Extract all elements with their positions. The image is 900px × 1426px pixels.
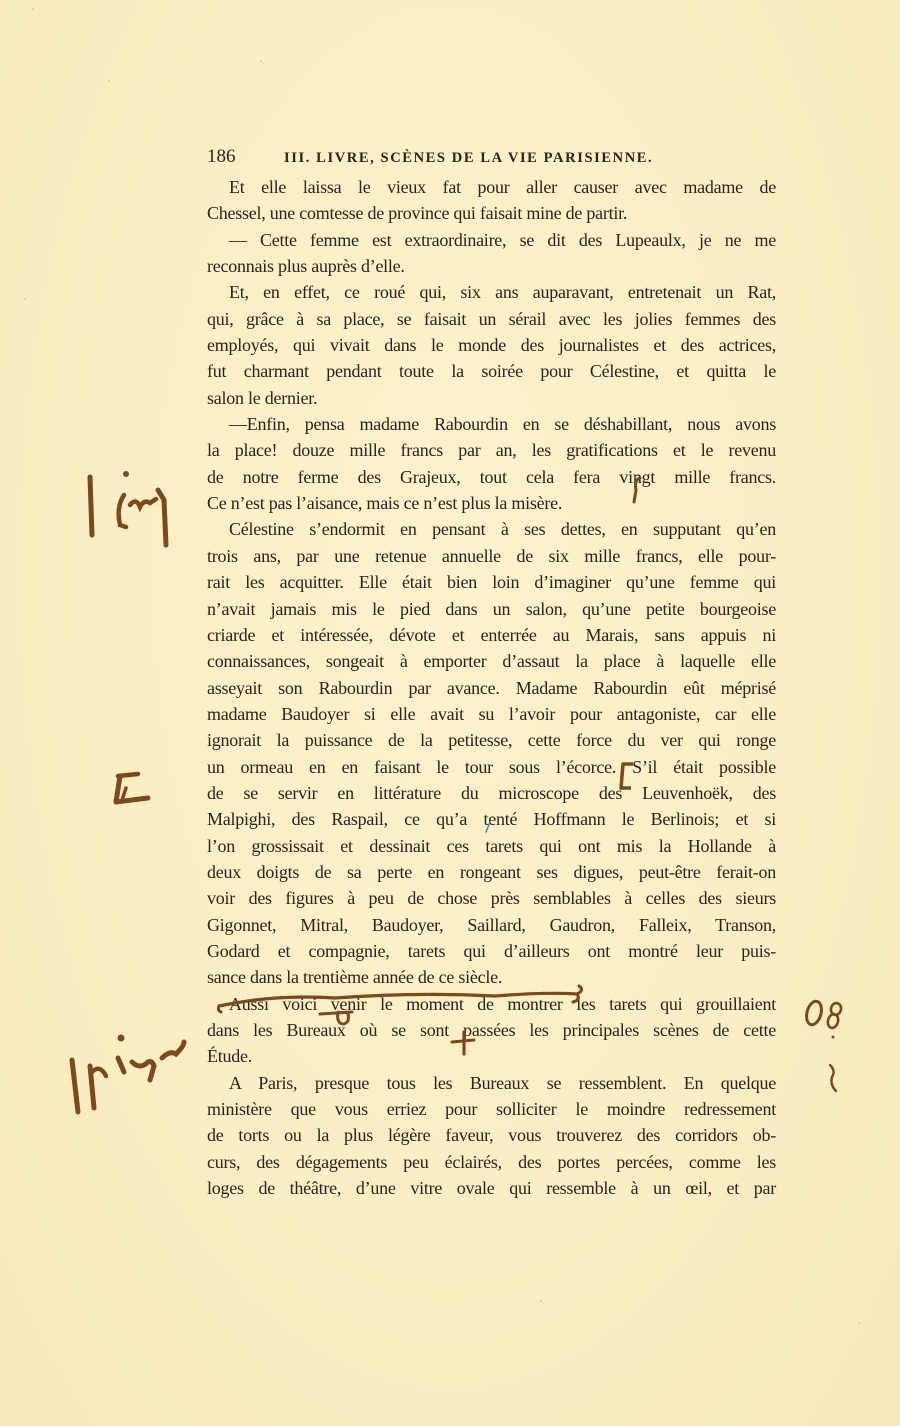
margin-annotation-insert-space-icon [82,465,192,555]
deletion-mark-icon [450,1028,480,1058]
text-line: rait les acquitter. Elle était bien loin… [207,569,776,595]
text-line: trois ans, par une retenue annuelle de s… [207,543,776,569]
text-line: Chessel, une comtesse de province qui fa… [207,200,776,226]
paragraph-bracket-mark-icon [617,762,637,790]
text-line: A Paris, presque tous les Bureaux se res… [207,1070,776,1096]
text-line: curs, des dégagements peu éclairés, des … [207,1149,776,1175]
text-line: deux doigts de sa perte en rongeant ses … [207,859,776,885]
paper-speck [260,60,262,62]
text-line: Godard et compagnie, tarets qui d’ailleu… [207,938,776,964]
text-line: Gigonnet, Mitral, Baudoyer, Saillard, Ga… [207,912,776,938]
text-line: n’avait jamais mis le pied dans un salon… [207,596,776,622]
margin-annotation-number-icon [800,995,850,1095]
paper-speck [540,1300,542,1302]
text-line: de se servir en littérature du microscop… [207,780,776,806]
text-line: criarde et intéressée, dévote et enterré… [207,622,776,648]
accent-mark-icon [480,820,494,836]
text-line: fut charmant pendant toute la soirée pou… [207,358,776,384]
text-line: Ce n’est pas l’aisance, mais ce n’est pl… [207,490,776,516]
text-line: de torts ou la plus légère faveur, vous … [207,1122,776,1148]
text-line: employés, qui vivait dans le monde des j… [207,332,776,358]
text-line: Et elle laissa le vieux fat pour aller c… [207,174,776,200]
paper-speck [108,80,110,82]
paper-speck [858,1322,860,1324]
text-line: salon le dernier. [207,385,776,411]
text-line: ignorait la puissance de la petitesse, c… [207,727,776,753]
deletion-mark-icon [318,1002,358,1032]
text-line: —Enfin, pensa madame Rabourdin en se dés… [207,411,776,437]
book-page: 186 III. LIVRE, SCÈNES DE LA VIE PARISIE… [0,0,900,1426]
running-head: 186 III. LIVRE, SCÈNES DE LA VIE PARISIE… [207,144,777,170]
run-on-line-mark-icon [215,984,595,1024]
text-line: Célestine s’endormit en pensant à ses de… [207,516,776,542]
text-line: — Cette femme est extraordinaire, se dit… [207,227,776,253]
margin-annotation-correction-icon [66,1030,191,1120]
text-line: Et, en effet, ce roué qui, six ans aupar… [207,279,776,305]
paper-speck [24,298,26,300]
paper-speck [32,8,34,10]
text-line: l’on grossissait et dessinait ces tarets… [207,833,776,859]
text-line: ministère que vous erriez pour sollicite… [207,1096,776,1122]
text-line: loges de théâtre, d’une vitre ovale qui … [207,1175,776,1201]
text-line: voir des figures à peu de chose près sem… [207,885,776,911]
text-line: Étude. [207,1043,776,1069]
text-line: connaissances, songeait à emporter d’ass… [207,648,776,674]
text-line: de notre ferme des Grajeux, tout cela fe… [207,464,776,490]
body-text: Et elle laissa le vieux fat pour aller c… [207,174,776,1201]
page-number: 186 [207,144,236,170]
margin-annotation-new-paragraph-icon [110,770,160,810]
text-line: un ormeau en en faisant le tour sous l’é… [207,754,776,780]
text-line: la place! douze mille francs par an, les… [207,437,776,463]
insert-space-mark-icon [630,476,644,506]
text-line: reconnais plus auprès d’elle. [207,253,776,279]
running-head-title: III. LIVRE, SCÈNES DE LA VIE PARISIENNE. [284,145,653,171]
text-line: madame Baudoyer si elle avait su l’avoir… [207,701,776,727]
text-line: asseyait son Rabourdin par avance. Madam… [207,675,776,701]
text-line: qui, grâce à sa place, se faisait un sér… [207,306,776,332]
